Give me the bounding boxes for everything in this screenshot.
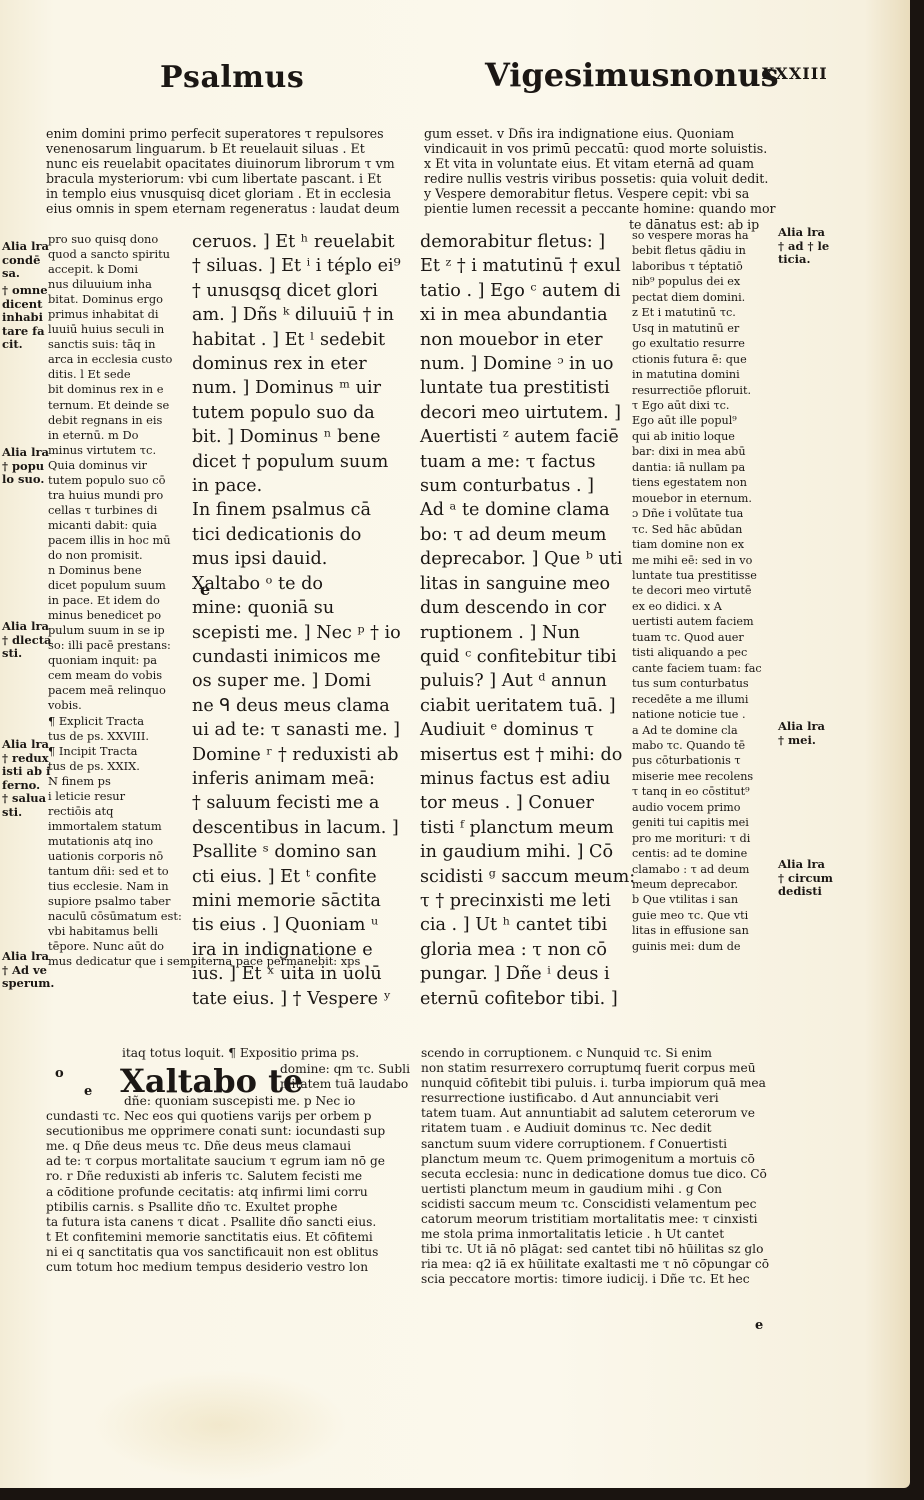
bottom-commentary-left-body: dñe: quoniam suscepisti me. p Nec io cun… [46, 1094, 385, 1275]
commentary-line: catorum meorum tristitiam mortalitatis m… [421, 1212, 769, 1227]
commentary-line: clamabo : τ ad deum [632, 862, 762, 877]
psalm-line: ciabit ueritatem tuā. ] [420, 694, 635, 718]
commentary-line: in matutina domini [632, 367, 762, 382]
commentary-line: cundasti τc. Nec eos qui quotiens varijs… [46, 1109, 385, 1124]
psalm-line: demorabitur fletus: ] [420, 230, 635, 254]
commentary-line: mitatem tuā laudabo [280, 1077, 410, 1092]
commentary-line: so vespere moras ha [632, 228, 762, 243]
commentary-line: planctum meum τc. Quem primogenitum a mo… [421, 1152, 769, 1167]
note-line: † popu [2, 460, 49, 474]
bottom-commentary-left: itaq totus loquit. ¶ Expositio prima ps. [46, 1031, 359, 1061]
psalm-line: bo: τ ad deum meum [420, 523, 635, 547]
psalm-line: tate eius. ] † Vespere ʸ [192, 987, 401, 1011]
running-head-right: Vigesimusnonus [485, 56, 779, 94]
note-line: † dlecta [2, 634, 52, 648]
psalm-line: num. ] Dominus ᵐ uir [192, 376, 401, 400]
commentary-line: gum esset. v Dñs ira indignatione eius. … [424, 126, 776, 141]
psalm-line: am. ] Dñs ᵏ diluuiū † in [192, 303, 401, 327]
psalm-line: in gaudium mihi. ] Cō [420, 840, 635, 864]
psalm-line: τ † precinxisti me leti [420, 889, 635, 913]
note-line: Alia lra [778, 226, 829, 240]
commentary-line: ni ei q sanctitatis qua vos sanctificaui… [46, 1245, 385, 1260]
psalm-line: inferis animam meā: [192, 767, 401, 791]
psalm-line: Domine ʳ † reduxisti ab [192, 743, 401, 767]
commentary-line: recedēte a me illumi [632, 692, 762, 707]
note-line: dicent [2, 298, 48, 312]
commentary-line: resurrectiōe pfloruit. [632, 383, 762, 398]
psalm-line: Psallite ˢ domino san [192, 840, 401, 864]
note-line: sti. [2, 806, 50, 820]
commentary-line: guinis mei: dum de [632, 939, 762, 954]
note-line: Alia lra [2, 240, 49, 254]
commentary-line: resurrectione iustificabo. d Aut annunci… [421, 1091, 769, 1106]
commentary-line: me mihi eē: sed in vo [632, 553, 762, 568]
top-commentary-left: enim domini primo perfecit superatores τ… [46, 126, 400, 217]
psalm-line: misertus est † mihi: do [420, 743, 635, 767]
folio-number: XXXIII [762, 64, 828, 83]
commentary-line: uertisti autem faciem [632, 614, 762, 629]
psalm-line: † saluum fecisti me a [192, 791, 401, 815]
note-line: inhabi [2, 311, 48, 325]
commentary-line: ad te: τ corpus mortalitate saucium τ eg… [46, 1154, 385, 1169]
psalm-line: scidisti ᵍ saccum meum: [420, 865, 635, 889]
psalm-line: luntate tua prestitisti [420, 376, 635, 400]
commentary-line: scendo in corruptionem. c Nunquid τc. Si… [421, 1046, 769, 1061]
catchword: e [755, 1318, 763, 1333]
commentary-line: scia peccatore mortis: timore iudicij. i… [421, 1272, 769, 1287]
commentary-line: ta futura ista canens τ dicat . Psallite… [46, 1215, 385, 1230]
psalm-line: minus factus est adiu [420, 767, 635, 791]
commentary-line: domine: qm τc. Subli [280, 1062, 410, 1077]
note-line: cit. [2, 338, 48, 352]
psalm-line: scepisti me. ] Nec ᵖ † io [192, 621, 401, 645]
commentary-line: tuam τc. Quod auer [632, 630, 762, 645]
note-line: ferno. [2, 779, 50, 793]
commentary-line: ptibilis carnis. s Psallite dño τc. Exul… [46, 1200, 385, 1215]
commentary-line: nib⁹ populus dei ex [632, 274, 762, 289]
psalm-line: dum descendo in cor [420, 596, 635, 620]
psalm-title-line: mus ipsi dauid. [192, 547, 401, 571]
psalm-line: pungar. ] Dñe ⁱ deus i [420, 962, 635, 986]
note-line: † circum [778, 872, 833, 886]
marginal-note-left-2: † omne dicent inhabi tare fa cit. [2, 284, 48, 352]
commentary-line: sanctum suum videre corruptionem. f Conu… [421, 1137, 769, 1152]
commentary-line: venenosarum linguarum. b Et reuelauit si… [46, 141, 400, 156]
commentary-line: secuta ecclesia: nunc in dedicatione dom… [421, 1167, 769, 1182]
note-line: lo suo. [2, 473, 49, 487]
commentary-line: uertisti planctum meum in gaudium mihi .… [421, 1182, 769, 1197]
psalm-line: † unusqsq dicet glori [192, 279, 401, 303]
psalm-line: sum conturbatus . ] [420, 474, 635, 498]
commentary-line: τ tanq in eo cōstitut⁹ [632, 784, 762, 799]
note-line: † ad † le [778, 240, 829, 254]
psalm-line: bit. ] Dominus ⁿ bene [192, 425, 401, 449]
psalm-line: descentibus in lacum. ] [192, 816, 401, 840]
psalm-text-column-1: ceruos. ] Et ʰ reuelabit † siluas. ] Et … [192, 230, 401, 1011]
psalm-line: tuam a me: τ factus [420, 450, 635, 474]
commentary-line: Usq in matutinū er [632, 321, 762, 336]
commentary-line: pectat diem domini. [632, 290, 762, 305]
commentary-line: tatem tuam. Aut annuntiabit ad salutem c… [421, 1106, 769, 1121]
psalm-line: tatio . ] Ego ᶜ autem di [420, 279, 635, 303]
note-line: isti ab i [2, 765, 50, 779]
commentary-line: a Ad te domine cla [632, 723, 762, 738]
commentary-line: τ Ego aūt dixi τc. [632, 398, 762, 413]
bottom-commentary-right: scendo in corruptionem. c Nunquid τc. Si… [421, 1046, 769, 1288]
commentary-line: nunc eis reuelabit opacitates diuinorum … [46, 156, 400, 171]
note-line: Alia lra [778, 858, 833, 872]
psalm-line: Et ᶻ † i matutinū † exul [420, 254, 635, 278]
commentary-line: litas in effusione san [632, 923, 762, 938]
note-line: condē [2, 254, 49, 268]
psalm-line: gloria mea : τ non cō [420, 938, 635, 962]
note-line: sa. [2, 267, 49, 281]
commentary-line: redire nullis vestris viribus possetis: … [424, 171, 776, 186]
note-line: † salua [2, 792, 50, 806]
section-letter-o: o [55, 1066, 64, 1081]
commentary-line: pus cōturbationis τ [632, 753, 762, 768]
psalm-line: decori meo uirtutem. ] [420, 401, 635, 425]
commentary-line: natione noticie tue . [632, 707, 762, 722]
running-head-left: Psalmus [160, 60, 304, 95]
commentary-line: geniti tui capitis mei [632, 815, 762, 830]
commentary-line: tisti aliquando a pec [632, 645, 762, 660]
commentary-line: y Vespere demorabitur fletus. Vespere ce… [424, 186, 776, 201]
commentary-line: in templo eius vnusquisq dicet gloriam .… [46, 186, 400, 201]
psalm-line: † siluas. ] Et ⁱ i téplo ei⁹ [192, 254, 401, 278]
commentary-line: τc. Sed hāc abūdan [632, 522, 762, 537]
marginal-note-right-3: Alia lra † circum dedisti [778, 858, 833, 899]
psalm-line: Ad ᵃ te domine clama [420, 498, 635, 522]
book-page: Psalmus Vigesimusnonus XXXIII enim domin… [0, 0, 910, 1488]
note-line: Alia lra [2, 446, 49, 460]
psalm-line: tisti ᶠ planctum meum [420, 816, 635, 840]
commentary-line: te decori meo virtutē [632, 583, 762, 598]
commentary-line: Ego aūt ille popul⁹ [632, 413, 762, 428]
psalm-line: deprecabor. ] Que ᵇ uti [420, 547, 635, 571]
top-commentary-right: gum esset. v Dñs ira indignatione eius. … [424, 126, 776, 232]
note-line: tare fa [2, 325, 48, 339]
commentary-line: tiam domine non ex [632, 537, 762, 552]
commentary-line: t Et confitemini memorie sanctitatis eiu… [46, 1230, 385, 1245]
commentary-line: ritatem tuam . e Audiuit dominus τc. Nec… [421, 1121, 769, 1136]
psalm-line: Auertisti ᶻ autem faciē [420, 425, 635, 449]
commentary-line: qui ab initio loque [632, 429, 762, 444]
psalm-line: ui ad te: τ sanasti me. ] [192, 718, 401, 742]
psalm-title-line: tici dedicationis do [192, 523, 401, 547]
psalm-line: num. ] Domine ᵓ in uo [420, 352, 635, 376]
note-line: Alia lra [2, 950, 54, 964]
commentary-line: dñe: quoniam suscepisti me. p Nec io [46, 1094, 385, 1109]
commentary-line: nunquid cōfitebit tibi puluis. i. turba … [421, 1076, 769, 1091]
commentary-line: go exultatio resurre [632, 336, 762, 351]
commentary-line: mouebor in eternum. [632, 491, 762, 506]
psalm-line: non mouebor in eter [420, 328, 635, 352]
commentary-line: vindicauit in vos primū peccatū: quod mo… [424, 141, 776, 156]
psalm-line: tor meus . ] Conuer [420, 791, 635, 815]
psalm-line: Audiuit ᵉ dominus τ [420, 718, 635, 742]
psalm-line: litas in sanguine meo [420, 572, 635, 596]
psalm-line: mine: quoniā su [192, 596, 401, 620]
commentary-line: cante faciem tuam: fac [632, 661, 762, 676]
psalm-line: eternū cofitebor tibi. ] [420, 987, 635, 1011]
commentary-line: me. q Dñe deus meus τc. Dñe deus meus cl… [46, 1139, 385, 1154]
marginal-note-right-2: Alia lra † mei. [778, 720, 825, 747]
note-line: dedisti [778, 885, 833, 899]
commentary-line: pro me morituri: τ di [632, 831, 762, 846]
note-line: Alia lra [2, 620, 52, 634]
commentary-line: centis: ad te domine [632, 846, 762, 861]
commentary-line: dantia: iā nullam pa [632, 460, 762, 475]
commentary-line: laboribus τ téptatiō [632, 259, 762, 274]
psalm-line: ius. ] Et ˣ uita in uolū [192, 962, 401, 986]
note-line: sti. [2, 647, 52, 661]
psalm-line: habitat . ] Et ˡ sedebit [192, 328, 401, 352]
commentary-line: z Et i matutinū τc. [632, 305, 762, 320]
marginal-note-left-3: Alia lra † popu lo suo. [2, 446, 49, 487]
marginal-note-left-6: Alia lra † Ad ve sperum. [2, 950, 54, 991]
psalm-line: mini memorie sāctita [192, 889, 401, 913]
commentary-line: ctionis futura ē: que [632, 352, 762, 367]
commentary-line: itaq totus loquit. ¶ Expositio prima ps. [46, 1046, 359, 1061]
commentary-line: bar: dixi in mea abū [632, 444, 762, 459]
commentary-line: eius omnis in spem eternam regeneratus :… [46, 201, 400, 216]
commentary-line: audio vocem primo [632, 800, 762, 815]
note-line: † mei. [778, 734, 825, 748]
psalm-line: ira in indignatione e [192, 938, 401, 962]
psalm-line: ceruos. ] Et ʰ reuelabit [192, 230, 401, 254]
right-commentary-column: so vespere moras ha bebit fletus qādiu i… [632, 228, 762, 954]
commentary-line: enim domini primo perfecit superatores τ… [46, 126, 400, 141]
commentary-line: ɔ Dñe i volūtate tua [632, 506, 762, 521]
commentary-line: non statim resurrexero corruptumq fuerit… [421, 1061, 769, 1076]
commentary-line: cum totum hoc medium tempus desiderio ve… [46, 1260, 385, 1275]
section-letter-e: e [200, 580, 210, 599]
psalm-line: puluis? ] Aut ᵈ annun [420, 669, 635, 693]
commentary-line: meum deprecabor. [632, 877, 762, 892]
commentary-line: bebit fletus qādiu in [632, 243, 762, 258]
marginal-note-left-4: Alia lra † dlecta sti. [2, 620, 52, 661]
note-line: Alia lra [778, 720, 825, 734]
psalm-line: ruptionem . ] Nun [420, 621, 635, 645]
psalm-line: tutem populo suo da [192, 401, 401, 425]
marginal-note-right-1: Alia lra † ad † le ticia. [778, 226, 829, 267]
commentary-line: tibi τc. Ut iā nō plāgat: sed cantet tib… [421, 1242, 769, 1257]
commentary-line: tus sum conturbatus [632, 676, 762, 691]
psalm-text-column-2: demorabitur fletus: ] Et ᶻ † i matutinū … [420, 230, 635, 1011]
commentary-line: ria mea: q2 iā ex hūilitate exaltasti me… [421, 1257, 769, 1272]
note-line: Alia lra [2, 738, 50, 752]
commentary-line: tiens egestatem non [632, 475, 762, 490]
marginal-note-left-1: Alia lra condē sa. [2, 240, 49, 281]
psalm-line: cia . ] Ut ʰ cantet tibi [420, 913, 635, 937]
note-line: † omne [2, 284, 48, 298]
psalm-line: cti eius. ] Et ᵗ confite [192, 865, 401, 889]
commentary-line: ex eo didici. x A [632, 599, 762, 614]
psalm-line: dicet † populum suum [192, 450, 401, 474]
commentary-line: scidisti saccum meum τc. Conscidisti vel… [421, 1197, 769, 1212]
psalm-line: Xaltabo ᵒ te do [192, 572, 401, 596]
commentary-line: bracula mysteriorum: vbi cum libertate p… [46, 171, 400, 186]
initial-tail: domine: qm τc. Subli mitatem tuā laudabo [280, 1062, 410, 1092]
commentary-line: mabo τc. Quando tē [632, 738, 762, 753]
commentary-line: miserie mee recolens [632, 769, 762, 784]
commentary-line: guie meo τc. Que vti [632, 908, 762, 923]
commentary-line: x Et vita in voluntate eius. Et vitam et… [424, 156, 776, 171]
psalm-line: ne ᑫ deus meus clama [192, 694, 401, 718]
psalm-line: in pace. [192, 474, 401, 498]
commentary-line: ro. r Dñe reduxisti ab inferis τc. Salut… [46, 1169, 385, 1184]
commentary-line: pientie lumen recessit a peccante homine… [424, 201, 776, 216]
psalm-title-line: In finem psalmus cā [192, 498, 401, 522]
psalm-line: quid ᶜ confitebitur tibi [420, 645, 635, 669]
commentary-line: b Que vtilitas i san [632, 892, 762, 907]
psalm-line: xi in mea abundantia [420, 303, 635, 327]
psalm-line: cundasti inimicos me [192, 645, 401, 669]
marginal-note-left-5: Alia lra † redux isti ab i ferno. † salu… [2, 738, 50, 819]
psalm-line: tis eius . ] Quoniam ᵘ [192, 913, 401, 937]
psalm-line: os super me. ] Domi [192, 669, 401, 693]
commentary-line: luntate tua prestitisse [632, 568, 762, 583]
note-line: † Ad ve [2, 964, 54, 978]
psalm-line: dominus rex in eter [192, 352, 401, 376]
note-line: † redux [2, 752, 50, 766]
note-line: sperum. [2, 977, 54, 991]
commentary-line: me stola prima inmortalitatis leticie . … [421, 1227, 769, 1242]
commentary-line: a cōditione profunde cecitatis: atq infi… [46, 1185, 385, 1200]
note-line: ticia. [778, 253, 829, 267]
commentary-line: secutionibus me opprimere conati sunt: i… [46, 1124, 385, 1139]
